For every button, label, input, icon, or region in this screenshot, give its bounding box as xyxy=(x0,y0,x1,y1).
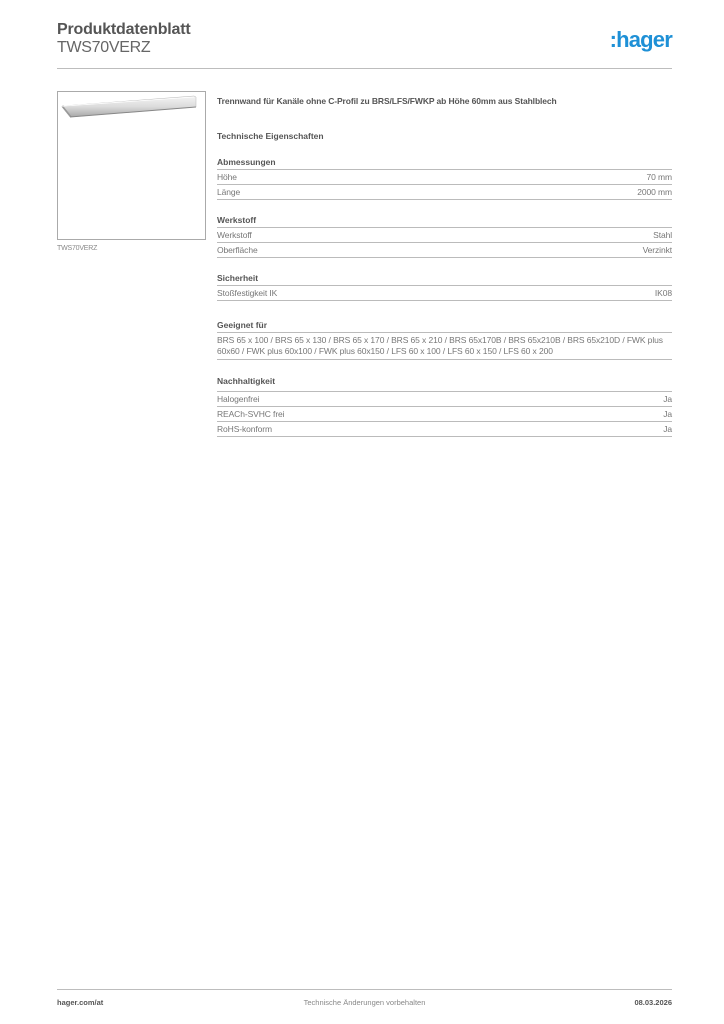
property-row: Länge 2000 mm xyxy=(217,185,672,200)
property-label: Länge xyxy=(217,187,240,198)
section-title: Abmessungen xyxy=(217,157,672,170)
property-label: Halogenfrei xyxy=(217,394,259,405)
hager-logo: :hager xyxy=(610,29,672,51)
property-value: Ja xyxy=(663,424,672,435)
property-label: REACh-SVHC frei xyxy=(217,409,284,420)
product-description: Trennwand für Kanäle ohne C-Profil zu BR… xyxy=(217,96,672,107)
property-row: Oberfläche Verzinkt xyxy=(217,243,672,258)
page-header: Produktdatenblatt TWS70VERZ :hager xyxy=(57,21,672,57)
property-value: Stahl xyxy=(653,230,672,241)
image-caption: TWS70VERZ xyxy=(57,245,97,252)
document-title: Produktdatenblatt xyxy=(57,21,672,39)
section-nachhaltigkeit: Nachhaltigkeit Halogenfrei Ja REACh-SVHC… xyxy=(217,376,672,437)
section-geeignet: Geeignet für BRS 65 x 100 / BRS 65 x 130… xyxy=(217,320,672,360)
partition-wall-image-icon xyxy=(58,92,205,239)
property-value: IK08 xyxy=(655,288,672,299)
property-label: Höhe xyxy=(217,172,237,183)
section-title: Geeignet für xyxy=(217,320,672,333)
property-row: Halogenfrei Ja xyxy=(217,392,672,407)
product-details: Trennwand für Kanäle ohne C-Profil zu BR… xyxy=(217,96,672,437)
property-value: Ja xyxy=(663,394,672,405)
property-value: 2000 mm xyxy=(637,187,672,198)
property-row: REACh-SVHC frei Ja xyxy=(217,407,672,422)
product-image xyxy=(57,91,206,240)
property-row: RoHS-konform Ja xyxy=(217,422,672,437)
property-value: 70 mm xyxy=(647,172,672,183)
property-row: Werkstoff Stahl xyxy=(217,228,672,243)
tech-properties-heading: Technische Eigenschaften xyxy=(217,131,672,142)
footer-divider xyxy=(57,989,672,990)
property-value: Verzinkt xyxy=(643,245,672,256)
section-sicherheit: Sicherheit Stoßfestigkeit IK IK08 xyxy=(217,273,672,301)
header-divider xyxy=(57,68,672,69)
property-label: Oberfläche xyxy=(217,245,258,256)
compatible-products: BRS 65 x 100 / BRS 65 x 130 / BRS 65 x 1… xyxy=(217,333,672,360)
section-werkstoff: Werkstoff Werkstoff Stahl Oberfläche Ver… xyxy=(217,215,672,258)
property-value: Ja xyxy=(663,409,672,420)
page-footer: hager.com/at Technische Änderungen vorbe… xyxy=(57,998,672,1007)
property-label: Stoßfestigkeit IK xyxy=(217,288,277,299)
section-abmessungen: Abmessungen Höhe 70 mm Länge 2000 mm xyxy=(217,157,672,200)
property-label: RoHS-konform xyxy=(217,424,272,435)
product-code: TWS70VERZ xyxy=(57,39,672,57)
section-title: Werkstoff xyxy=(217,215,672,228)
section-title: Nachhaltigkeit xyxy=(217,376,672,392)
disclaimer: Technische Änderungen vorbehalten xyxy=(57,998,672,1007)
property-row: Höhe 70 mm xyxy=(217,170,672,185)
section-title: Sicherheit xyxy=(217,273,672,286)
property-row: Stoßfestigkeit IK IK08 xyxy=(217,286,672,301)
property-label: Werkstoff xyxy=(217,230,252,241)
